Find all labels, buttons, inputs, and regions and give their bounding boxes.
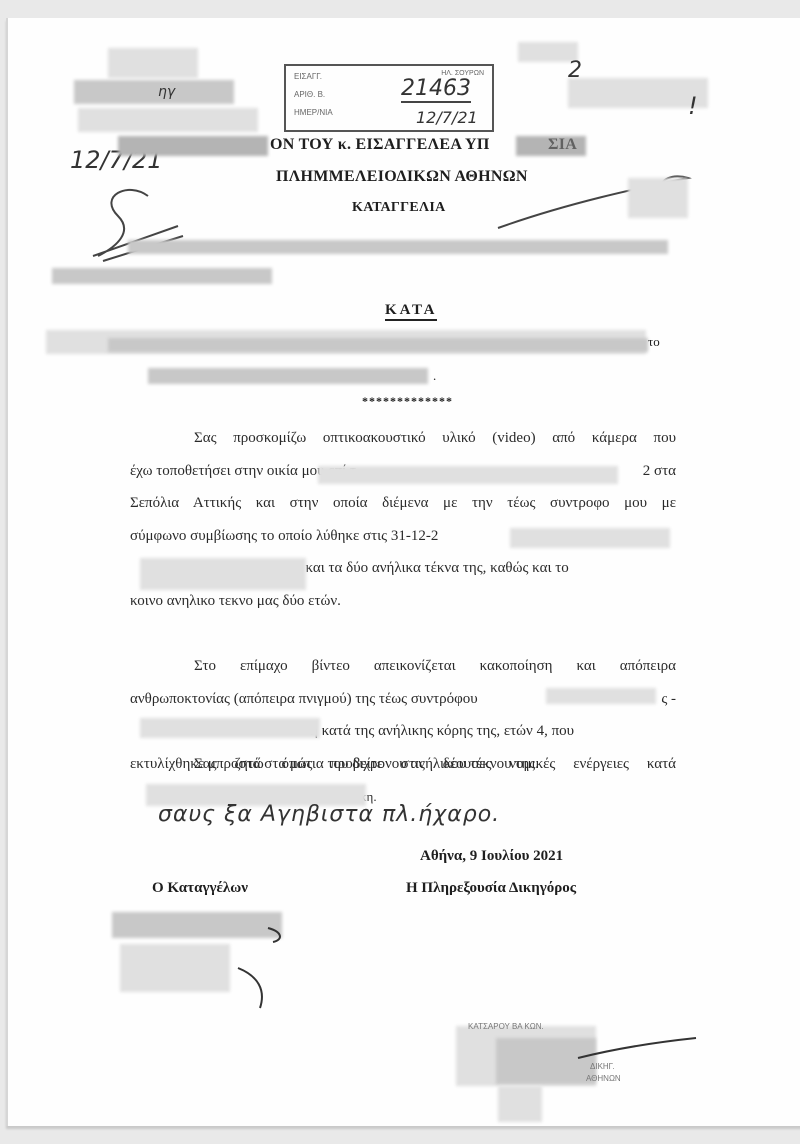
- redaction-block: [128, 240, 668, 254]
- redaction-block: [140, 558, 306, 590]
- redaction-block: [318, 466, 618, 484]
- handwritten-signature-icon: [88, 186, 188, 266]
- section-title: ΚΑΤΑ: [385, 302, 437, 321]
- handwritten-note: ηγ: [158, 84, 175, 100]
- text-line: Σεπόλια Αττικής και στην οποία διέμενα μ…: [130, 487, 676, 520]
- redacted-fragment: .: [433, 368, 436, 384]
- header-line-1: ΟΝ ΤΟΥ κ. ΕΙΣΑΓΓΕΛΕΑ ΥΠ: [270, 136, 490, 154]
- redaction-block: [78, 108, 258, 132]
- redaction-block: [120, 944, 230, 992]
- protocol-number: 21463: [401, 76, 471, 103]
- redaction-block: [546, 688, 656, 704]
- text-line: Σας προσκομίζω οπτικοακουστικό υλικό (vi…: [130, 422, 676, 455]
- redaction-block: [108, 48, 198, 78]
- handwritten-mark: 2: [568, 58, 582, 83]
- handwritten-annotation: σαυς ξα Αγηβιστα πλ.ήχαρο.: [158, 802, 500, 827]
- redaction-block: [568, 78, 708, 108]
- redaction-block: [118, 136, 268, 156]
- stamp-label: ΗΜΕΡ/ΝΙΑ: [294, 108, 333, 117]
- place-date: Αθήνα, 9 Ιουλίου 2021: [420, 848, 563, 865]
- redaction-block: [498, 1086, 542, 1122]
- handwritten-mark: !: [688, 92, 698, 120]
- redaction-block: [510, 528, 670, 548]
- complainant-label: Ο Καταγγέλων: [152, 880, 248, 897]
- signature-stroke-icon: [228, 918, 288, 1018]
- stamp-date: 12/7/21: [416, 108, 478, 127]
- stamp-label: ΑΡΙΘ. Β.: [294, 90, 325, 99]
- text-line: Σας ζητώ όπως προβείτε στις δέουσες νομι…: [130, 748, 676, 781]
- redaction-block: [52, 268, 272, 284]
- redaction-block: [108, 338, 648, 352]
- lawyer-signature-icon: [568, 1028, 708, 1078]
- stamp-label: ΕΙΣΑΓΓ.: [294, 72, 322, 81]
- header-line-3: ΚΑΤΑΓΓΕΛΙΑ: [352, 200, 445, 216]
- lawyer-label: Η Πληρεξουσία Δικηγόρος: [406, 880, 576, 897]
- document-page: ηγ 12/7/21 ΕΙΣΑΓΓ. ΑΡΙΘ. Β. ΗΜΕΡ/ΝΙΑ ΗΛ.…: [6, 18, 800, 1126]
- redacted-fragment: το: [648, 334, 660, 350]
- lawyer-stamp-text: ΚΑΤΣΑΡΟΥ ΒΑ ΚΩΝ.: [468, 1022, 544, 1031]
- header-line-1-tail: ΣΙΑ: [548, 136, 577, 154]
- separator: *************: [362, 394, 453, 409]
- protocol-stamp: ΕΙΣΑΓΓ. ΑΡΙΘ. Β. ΗΜΕΡ/ΝΙΑ ΗΛ. ΣΟΥΡΩΝ 214…: [284, 64, 494, 132]
- redaction-block: [628, 178, 688, 218]
- text-line: Στο επίμαχο βίντεο απεικονίζεται κακοποί…: [130, 650, 676, 683]
- redaction-block: [140, 718, 320, 738]
- redaction-block: [74, 80, 234, 104]
- redaction-block: [148, 368, 428, 384]
